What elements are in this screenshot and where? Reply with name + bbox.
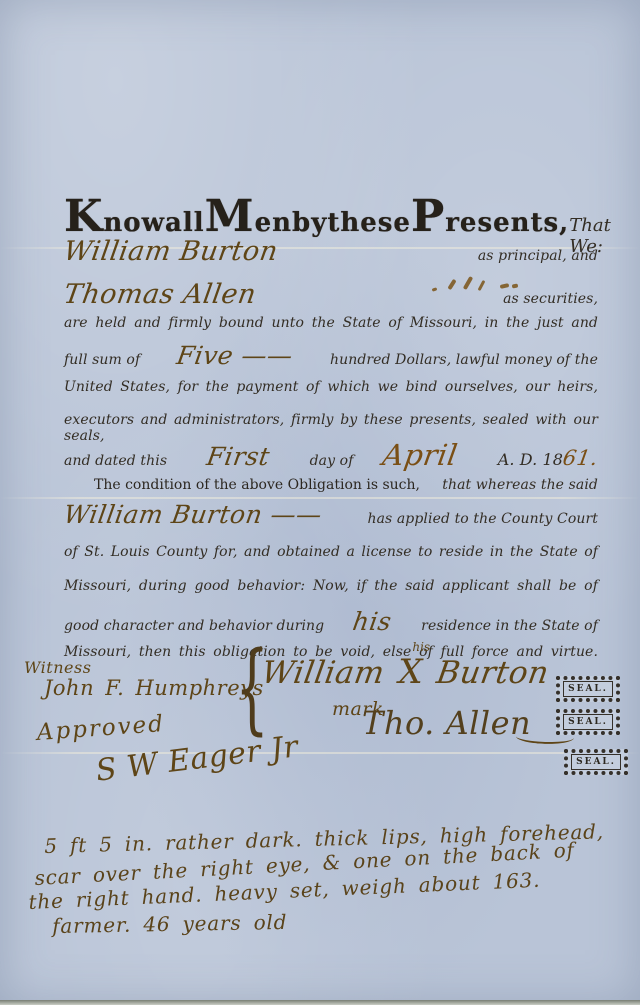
condition-line-5: good character and behavior during his r… xyxy=(64,607,598,636)
seal-text: SEAL. xyxy=(563,681,613,697)
obligation-sum-line: full sum of Five —— hundred Dollars, law… xyxy=(64,341,598,370)
date-day-handwritten: First xyxy=(205,442,272,471)
security-label: as securities, xyxy=(503,291,598,307)
seal-stamp-1: SEAL. xyxy=(556,676,620,702)
sum-amount-handwritten: Five —— xyxy=(175,341,295,370)
obligation-line-3: United States, for the payment of which … xyxy=(64,379,598,395)
description-line: farmer. 46 years old xyxy=(52,910,287,938)
condition-intro-italic: that whereas the said xyxy=(442,477,598,493)
date-month-handwritten: April xyxy=(381,438,461,472)
principal-name-handwritten: William Burton xyxy=(62,236,281,267)
x-mark: X xyxy=(398,652,422,692)
title-word: these xyxy=(327,208,411,238)
title-word: all xyxy=(165,208,205,238)
title-word: by xyxy=(292,208,327,238)
security-name-handwritten: Thomas Allen xyxy=(62,279,259,310)
principal-signature: William his X Burton xyxy=(262,652,548,692)
scanned-bond-document: Know all Men by these Presents, That We:… xyxy=(0,0,640,1005)
security-line: Thomas Allen as securities, xyxy=(64,279,598,310)
principal-signature-first: William xyxy=(259,655,387,691)
condition-line5-post: residence in the State of xyxy=(421,618,598,634)
condition-line-3: of St. Louis County for, and obtained a … xyxy=(64,544,598,560)
witness-signature: John F. Humphreys xyxy=(44,676,264,700)
condition-intro-roman: The condition of the above Obligation is… xyxy=(94,477,420,493)
date-year: A. D. 1861. xyxy=(498,446,598,470)
pronoun-handwritten: his xyxy=(351,607,394,636)
applied-text: has applied to the County Court xyxy=(367,511,598,527)
date-year-handwritten: 61. xyxy=(561,446,600,470)
applicant-name-handwritten: William Burton —— xyxy=(62,500,324,529)
seal-text: SEAL. xyxy=(571,754,621,770)
fold-line-middle xyxy=(0,497,640,499)
sum-prefix: full sum of xyxy=(64,352,140,368)
approved-label: Approved xyxy=(36,711,166,746)
his-label: his xyxy=(412,640,430,654)
condition-line-4: Missouri, during good behavior: Now, if … xyxy=(64,578,598,594)
security-signature: Tho. Allen xyxy=(362,704,531,742)
seal-text: SEAL. xyxy=(563,714,613,730)
paper-bottom-edge xyxy=(0,1000,640,1005)
date-of: day of xyxy=(310,453,354,469)
date-prefix: and dated this xyxy=(64,453,167,469)
sum-suffix: hundred Dollars, lawful money of the xyxy=(330,352,598,368)
date-line: and dated this First day of April A. D. … xyxy=(64,438,598,472)
title-word: Presents, xyxy=(411,190,569,242)
obligation-line-1: are held and firmly bound unto the State… xyxy=(64,315,598,331)
condition-intro-line: The condition of the above Obligation is… xyxy=(94,477,598,493)
principal-line: William Burton as principal, and xyxy=(64,236,598,267)
condition-line5-pre: good character and behavior during xyxy=(64,618,324,634)
x-mark-group: his X xyxy=(398,652,422,692)
date-year-printed: A. D. 18 xyxy=(498,450,563,469)
seal-stamp-3: SEAL. xyxy=(564,749,628,775)
seal-stamp-2: SEAL. xyxy=(556,709,620,735)
title-word: Know xyxy=(64,190,165,242)
witness-label: Witness xyxy=(24,658,91,677)
title-word: Men xyxy=(205,190,292,242)
applicant-line: William Burton —— has applied to the Cou… xyxy=(64,500,598,529)
principal-signature-last: Burton xyxy=(434,655,551,691)
principal-label: as principal, and xyxy=(478,248,598,264)
